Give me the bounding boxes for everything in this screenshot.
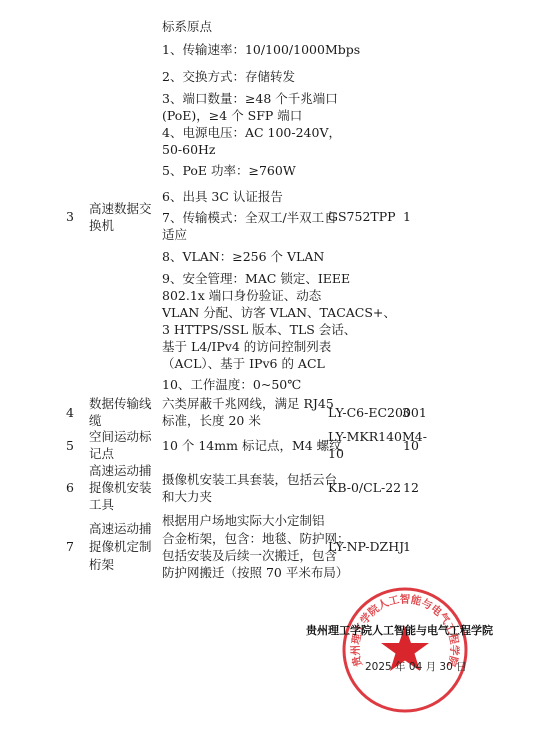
spec-line: 基于 L4/IPv4 的访问控制列表 bbox=[162, 338, 331, 355]
item-model: KB-0/CL-22 bbox=[328, 479, 401, 496]
item-name: 记点 bbox=[89, 445, 114, 462]
row-index: 7 bbox=[66, 538, 74, 555]
spec-line: 六类屏蔽千兆网线，满足 RJ45 bbox=[162, 395, 334, 412]
spec-line: 9、安全管理：MAC 锁定、IEEE bbox=[162, 270, 350, 287]
spec-line: 6、出具 3C 认证报告 bbox=[162, 188, 283, 205]
spec-line: 根据用户场地实际大小定制铝 bbox=[162, 512, 325, 529]
item-name: 高速数据交 bbox=[89, 200, 152, 217]
item-name: 捉像机安装 bbox=[89, 479, 152, 496]
spec-line: 10、工作温度：0~50℃ bbox=[162, 376, 301, 393]
item-model: LY-NP-DZHJ bbox=[328, 538, 404, 555]
spec-line: 3 HTTPS/SSL 版本、TLS 会话、 bbox=[162, 321, 356, 338]
item-name: 高速运动捕 bbox=[89, 462, 152, 479]
item-qty: 10 bbox=[403, 437, 419, 454]
item-name: 高速运动捕 bbox=[89, 520, 152, 537]
item-name: 数据传输线 bbox=[89, 395, 152, 412]
row-index: 5 bbox=[66, 437, 74, 454]
item-qty: 3 bbox=[402, 404, 410, 421]
row-index: 6 bbox=[66, 479, 74, 496]
item-name: 空间运动标 bbox=[89, 428, 152, 445]
item-qty: 12 bbox=[403, 479, 419, 496]
signature-date: 2025 年 04 月 30 日 bbox=[365, 659, 467, 674]
item-name: 捉像机定制 bbox=[89, 538, 152, 555]
spec-line: 适应 bbox=[162, 226, 187, 243]
spec-line: 防护网搬迁（按照 70 平米布局） bbox=[162, 564, 348, 581]
spec-line: 7、传输模式：全双工/半双工自 bbox=[162, 209, 337, 226]
spec-line: 802.1x 端口身份验证、动态 bbox=[162, 287, 321, 304]
spec-line: 标准，长度 20 米 bbox=[162, 412, 261, 429]
item-name: 缆 bbox=[89, 412, 102, 429]
spec-line: 4、电源电压：AC 100-240V， bbox=[162, 124, 341, 141]
spec-line: 50-60Hz bbox=[162, 141, 216, 158]
item-qty: 1 bbox=[403, 208, 411, 225]
item-name: 桁架 bbox=[89, 556, 114, 573]
item-name: 换机 bbox=[89, 217, 114, 234]
spec-line: 包括安装及后续一次搬迁，包含 bbox=[162, 547, 337, 564]
row-index: 3 bbox=[66, 208, 74, 225]
item-name: 工具 bbox=[89, 496, 114, 513]
item-qty: 1 bbox=[403, 538, 411, 555]
spec-line: 10 个 14mm 标记点，M4 螺纹 bbox=[162, 437, 342, 454]
item-model: GS752TPP bbox=[328, 208, 396, 225]
spec-line: 标系原点 bbox=[162, 18, 212, 35]
spec-line: 摄像机安装工具套装，包括云台 bbox=[162, 471, 337, 488]
item-model: 10 bbox=[328, 445, 344, 462]
spec-line: 1、传输速率：10/100/1000Mbps bbox=[162, 41, 360, 58]
spec-line: 8、VLAN：≥256 个 VLAN bbox=[162, 248, 324, 265]
spec-line: 合金桁架，包含：地毯、防护网； bbox=[162, 530, 350, 547]
spec-line: 3、端口数量：≥48 个千兆端口 bbox=[162, 90, 338, 107]
row-index: 4 bbox=[66, 404, 74, 421]
spec-line: (PoE)，≥4 个 SFP 端口 bbox=[162, 107, 302, 124]
official-seal-icon: 贵州理工学院人工智能与电气工程学院 bbox=[341, 586, 469, 714]
spec-line: 5、PoE 功率：≥760W bbox=[162, 162, 296, 179]
spec-line: 和大力夹 bbox=[162, 488, 212, 505]
spec-line: VLAN 分配、访客 VLAN、TACACS+、 bbox=[162, 304, 396, 321]
spec-line: （ACL）、基于 IPv6 的 ACL bbox=[162, 355, 325, 372]
item-model: LY-C6-EC20001 bbox=[328, 404, 427, 421]
signature-org: 贵州理工学院人工智能与电气工程学院 bbox=[306, 622, 493, 638]
spec-line: 2、交换方式：存储转发 bbox=[162, 68, 295, 85]
